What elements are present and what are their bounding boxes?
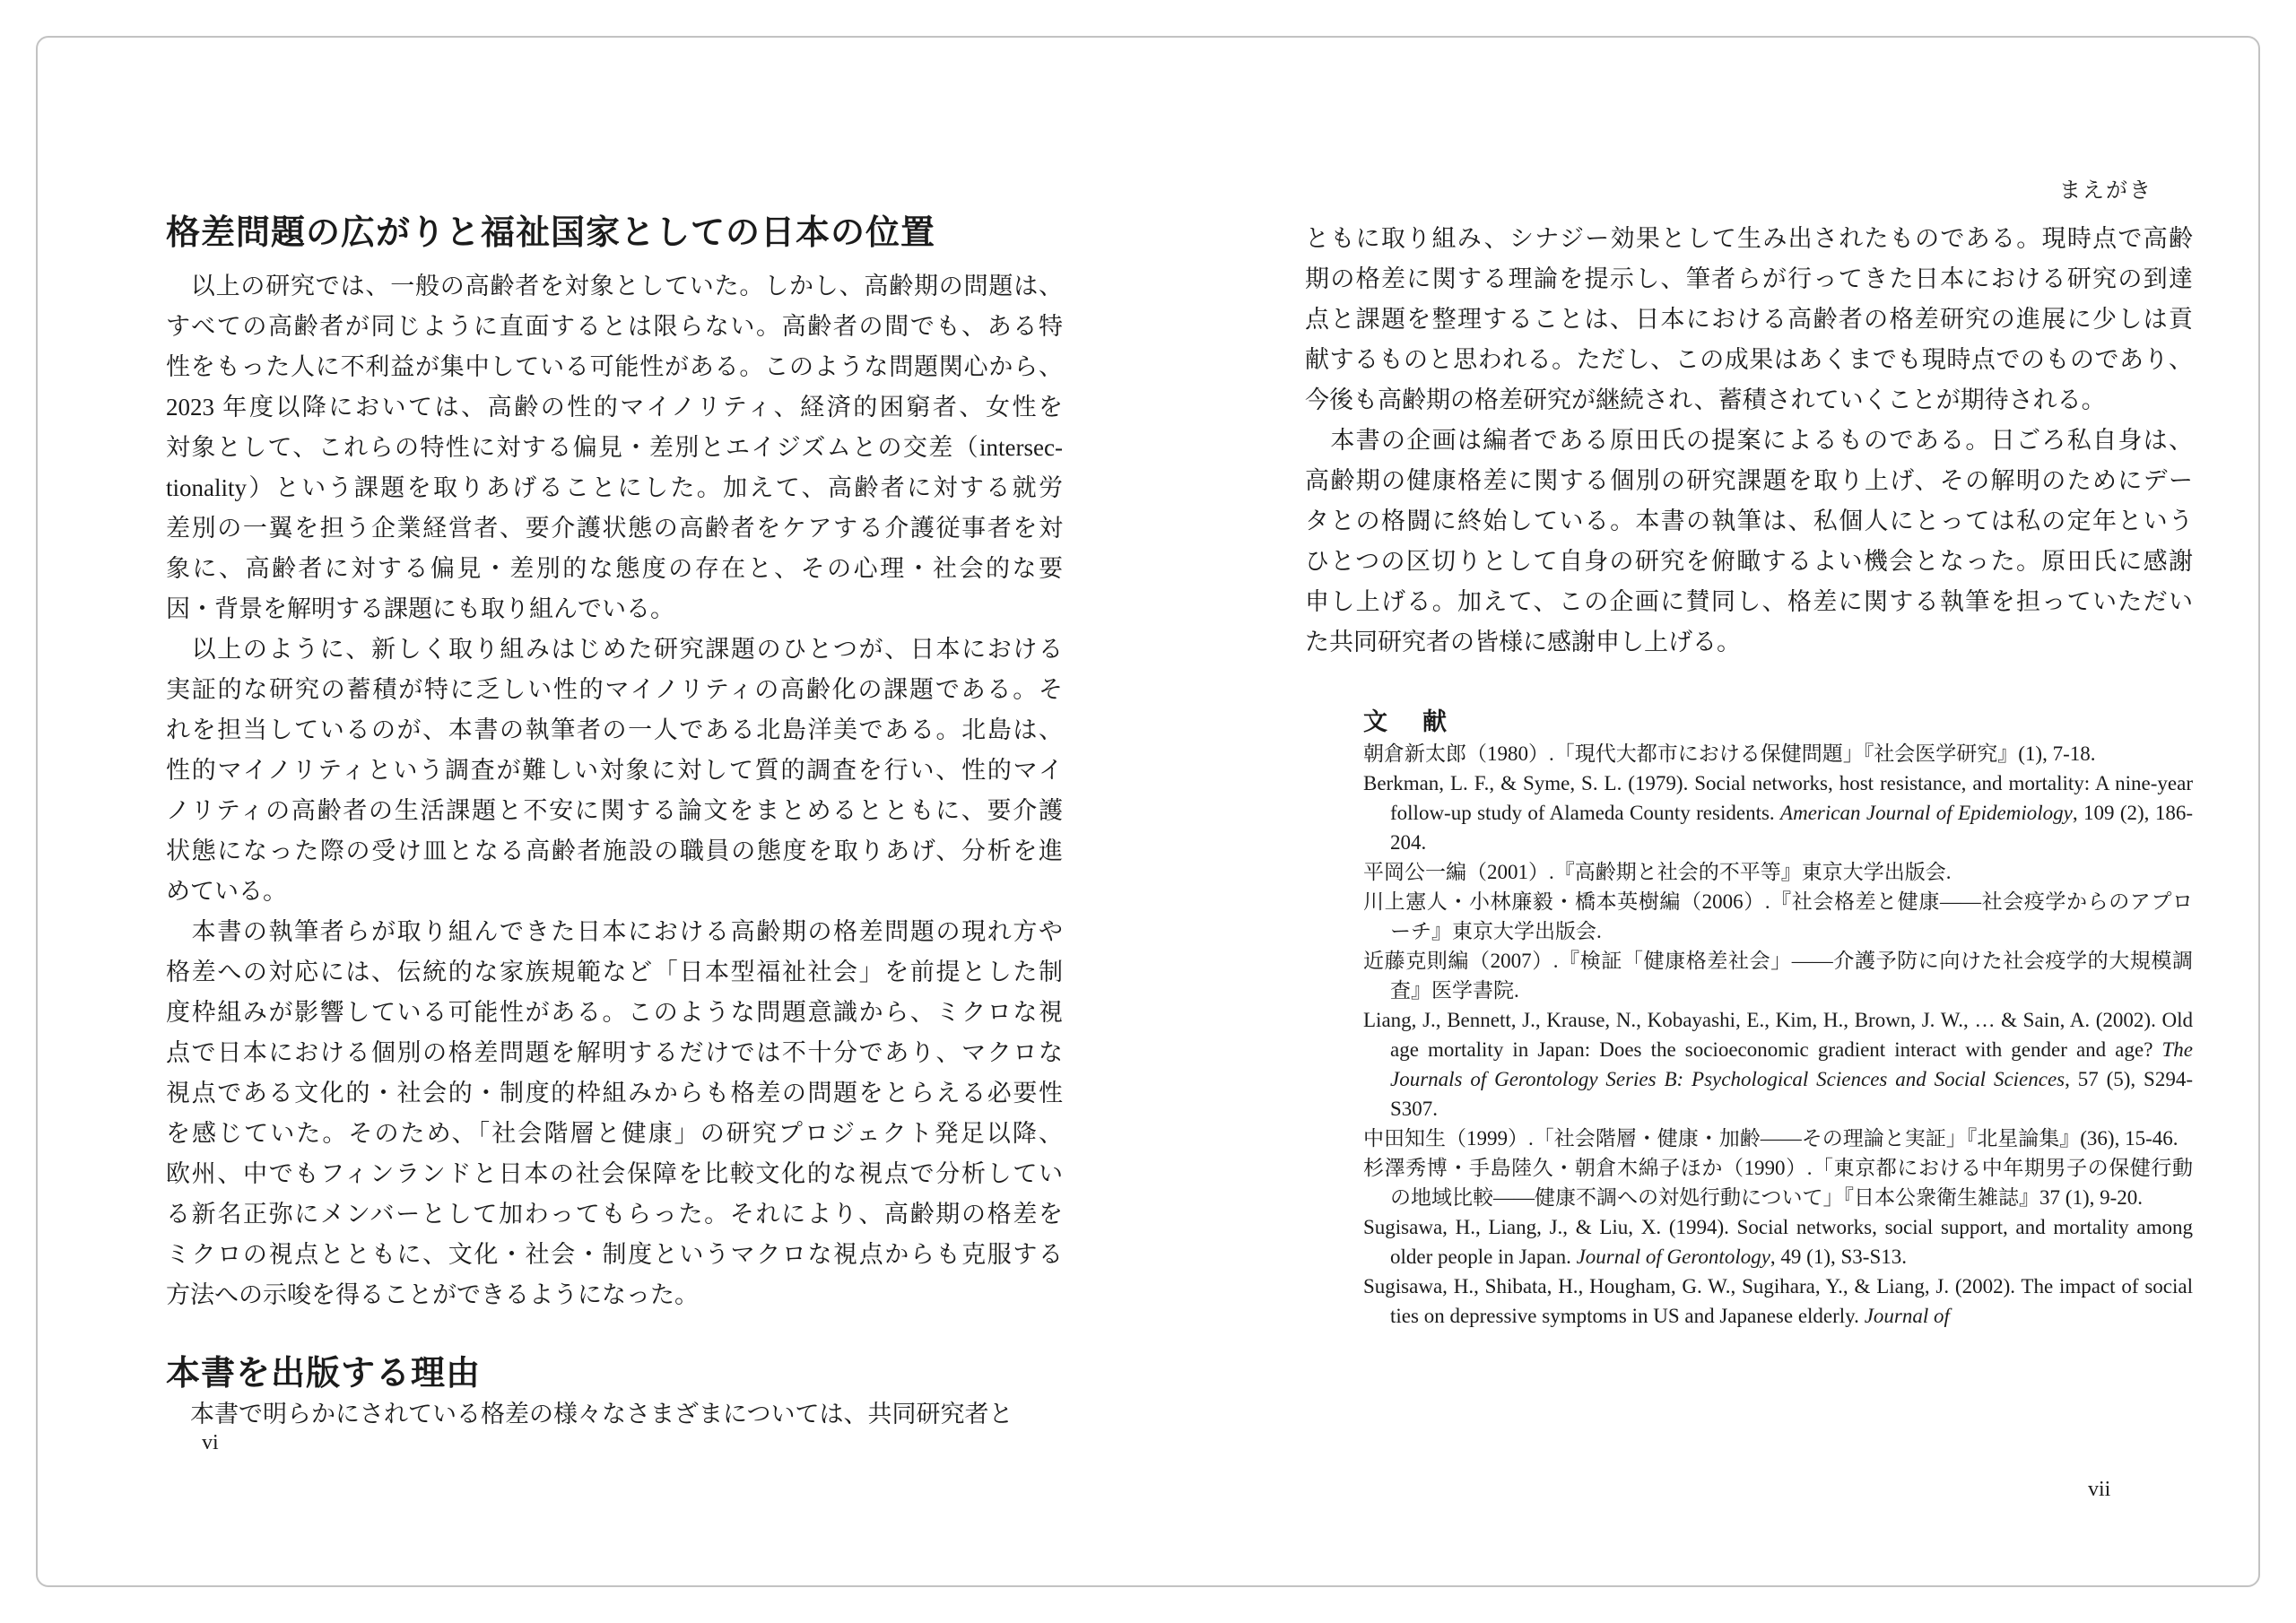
text-line: る新名正弥にメンバーとして加わってもらった。それにより、高齢期の格差を [166, 1194, 1063, 1235]
text-line: 方法への示唆を得ることができるようになった。 [166, 1275, 1063, 1315]
text-line: 実証的な研究の蓄積が特に乏しい性的マイノリティの高齢化の課題である。そ [166, 670, 1063, 710]
reference-entry: 朝倉新太郎（1980）.「現代大都市における保健問題」『社会医学研究』(1), … [1363, 739, 2193, 768]
text-line: 差別の一翼を担う企業経営者、要介護状態の高齢者をケアする介護従事者を対 [166, 508, 1063, 549]
right-page: ともに取り組み、シナジー効果として生み出されたものである。現時点で高齢期の格差に… [1305, 219, 2193, 1331]
paragraph: 以上の研究では、一般の高齢者を対象としていた。しかし、高齢期の問題は、すべての高… [166, 266, 1063, 629]
reference-journal-italic: American Journal of Epidemiology [1780, 802, 2073, 824]
text-line: 本書で明らかにされている格差の様々なさまざまについては、共同研究者と [166, 1394, 1063, 1435]
text-line: た共同研究者の皆様に感謝申し上げる。 [1305, 622, 2193, 663]
reference-entry: 中田知生（1999）.「社会階層・健康・加齢――その理論と実証」『北星論集』(3… [1363, 1124, 2193, 1153]
references-heading: 文 献 [1363, 707, 2193, 737]
reference-journal-italic: Journal of [1865, 1305, 1950, 1327]
text-line: 度枠組みが影響している可能性がある。このような問題意識から、ミクロな視 [166, 993, 1063, 1033]
page-number-left: vi [202, 1431, 219, 1455]
reference-text: 杉澤秀博・手島陸久・朝倉木綿子ほか（1990）.「東京都における中年期男子の保健… [1363, 1157, 2193, 1209]
reference-text: 平岡公一編（2001）.『高齢期と社会的不平等』東京大学出版会. [1363, 861, 1952, 883]
text-line: 因・背景を解明する課題にも取り組んでいる。 [166, 589, 1063, 629]
text-line: 期の格差に関する理論を提示し、筆者らが行ってきた日本における研究の到達 [1305, 259, 2193, 299]
text-line: を感じていた。そのため、「社会階層と健康」の研究プロジェクト発足以降、 [166, 1114, 1063, 1154]
reference-text: Sugisawa, H., Shibata, H., Hougham, G. W… [1363, 1275, 2193, 1327]
text-line: 以上のように、新しく取り組みはじめた研究課題のひとつが、日本における [166, 629, 1063, 670]
text-line: 欧州、中でもフィンランドと日本の社会保障を比較文化的な視点で分析してい [166, 1154, 1063, 1194]
reference-text: Liang, J., Bennett, J., Krause, N., Koba… [1363, 1009, 2193, 1061]
paragraph: 本書の企画は編者である原田氏の提案によるものである。日ごろ私自身は、高齢期の健康… [1305, 421, 2193, 663]
text-line: れを担当しているのが、本書の執筆者の一人である北島洋美である。北島は、 [166, 710, 1063, 751]
text-line: 高齢期の健康格差に関する個別の研究課題を取り上げ、その解明のためにデー [1305, 461, 2193, 501]
text-line: 献するものと思われる。ただし、この成果はあくまでも現時点でのものであり、 [1305, 340, 2193, 380]
text-line: ひとつの区切りとして自身の研究を俯瞰するよい機会となった。原田氏に感謝 [1305, 542, 2193, 582]
paragraph: 本書で明らかにされている格差の様々なさまざまについては、共同研究者と [166, 1394, 1063, 1435]
text-line: ミクロの視点とともに、文化・社会・制度というマクロな視点からも克服する [166, 1235, 1063, 1275]
text-line: 今後も高齢期の格差研究が継続され、蓄積されていくことが期待される。 [1305, 380, 2193, 421]
reference-text: 川上憲人・小林廉毅・橋本英樹編（2006）.『社会格差と健康――社会疫学からのア… [1363, 890, 2193, 942]
text-line: 2023 年度以降においては、高齢の性的マイノリティ、経済的困窮者、女性を [166, 387, 1063, 428]
section-heading-inequality-spread: 格差問題の広がりと福祉国家としての日本の位置 [166, 213, 1063, 254]
reference-entry: 杉澤秀博・手島陸久・朝倉木綿子ほか（1990）.「東京都における中年期男子の保健… [1363, 1153, 2193, 1212]
text-line: 性をもった人に不利益が集中している可能性がある。このような問題関心から、 [166, 347, 1063, 387]
references-list: 朝倉新太郎（1980）.「現代大都市における保健問題」『社会医学研究』(1), … [1363, 739, 2193, 1331]
paragraph: 本書の執筆者らが取り組んできた日本における高齢期の格差問題の現れ方や格差への対応… [166, 912, 1063, 1315]
text-line: ノリティの高齢者の生活課題と不安に関する論文をまとめるとともに、要介護 [166, 791, 1063, 831]
reference-entry: Liang, J., Bennett, J., Krause, N., Koba… [1363, 1005, 2193, 1124]
reference-text: 近藤克則編（2007）.『検証「健康格差社会」――介護予防に向けた社会疫学的大規… [1363, 950, 2193, 1002]
text-line: 本書の執筆者らが取り組んできた日本における高齢期の格差問題の現れ方や [166, 912, 1063, 952]
text-line: ともに取り組み、シナジー効果として生み出されたものである。現時点で高齢 [1305, 219, 2193, 259]
text-line: 本書の企画は編者である原田氏の提案によるものである。日ごろ私自身は、 [1305, 421, 2193, 461]
reference-entry: 近藤克則編（2007）.『検証「健康格差社会」――介護予防に向けた社会疫学的大規… [1363, 946, 2193, 1005]
text-line: 点と課題を整理することは、日本における高齢者の格差研究の進展に少しは貢 [1305, 299, 2193, 340]
running-head: まえがき [2059, 172, 2152, 204]
reference-text: 朝倉新太郎（1980）.「現代大都市における保健問題」『社会医学研究』(1), … [1363, 742, 2095, 765]
reference-entry: Sugisawa, H., Liang, J., & Liu, X. (1994… [1363, 1212, 2193, 1271]
text-line: 格差への対応には、伝統的な家族規範など「日本型福祉社会」を前提とした制 [166, 952, 1063, 993]
reference-text: , 49 (1), S3-S13. [1770, 1245, 1907, 1268]
text-line: タとの格闘に終始している。本書の執筆は、私個人にとっては私の定年という [1305, 501, 2193, 542]
paragraph: ともに取り組み、シナジー効果として生み出されたものである。現時点で高齢期の格差に… [1305, 219, 2193, 421]
reference-entry: Berkman, L. F., & Syme, S. L. (1979). So… [1363, 768, 2193, 857]
text-line: 申し上げる。加えて、この企画に賛同し、格差に関する執筆を担っていただい [1305, 582, 2193, 622]
left-page: 格差問題の広がりと福祉国家としての日本の位置 以上の研究では、一般の高齢者を対象… [166, 213, 1063, 1435]
references-section: 文 献 朝倉新太郎（1980）.「現代大都市における保健問題」『社会医学研究』(… [1305, 707, 2193, 1331]
text-line: 性的マイノリティという調査が難しい対象に対して質的調査を行い、性的マイ [166, 751, 1063, 791]
text-line: すべての高齢者が同じように直面するとは限らない。高齢者の間でも、ある特 [166, 307, 1063, 347]
text-line: 視点である文化的・社会的・制度的枠組みからも格差の問題をとらえる必要性 [166, 1073, 1063, 1114]
reference-entry: Sugisawa, H., Shibata, H., Hougham, G. W… [1363, 1271, 2193, 1331]
text-line: 以上の研究では、一般の高齢者を対象としていた。しかし、高齢期の問題は、 [166, 266, 1063, 307]
reference-text: 中田知生（1999）.「社会階層・健康・加齢――その理論と実証」『北星論集』(3… [1363, 1127, 2178, 1150]
reference-journal-italic: Journal of Gerontology [1577, 1245, 1770, 1268]
text-line: めている。 [166, 872, 1063, 912]
reference-entry: 平岡公一編（2001）.『高齢期と社会的不平等』東京大学出版会. [1363, 857, 2193, 887]
page-number-right: vii [2088, 1478, 2110, 1502]
text-line: 点で日本における個別の格差問題を解明するだけでは不十分であり、マクロな [166, 1033, 1063, 1073]
text-line: 対象として、これらの特性に対する偏見・差別とエイジズムとの交差（intersec… [166, 428, 1063, 468]
text-line: 状態になった際の受け皿となる高齢者施設の職員の態度を取りあげ、分析を進 [166, 831, 1063, 872]
section-heading-reason-for-publishing: 本書を出版する理由 [166, 1354, 1063, 1394]
paragraph: 以上のように、新しく取り組みはじめた研究課題のひとつが、日本における実証的な研究… [166, 629, 1063, 912]
text-line: 象に、高齢者に対する偏見・差別的な態度の存在と、その心理・社会的な要 [166, 549, 1063, 589]
text-line: tionality）という課題を取りあげることにした。加えて、高齢者に対する就労 [166, 468, 1063, 508]
reference-entry: 川上憲人・小林廉毅・橋本英樹編（2006）.『社会格差と健康――社会疫学からのア… [1363, 887, 2193, 946]
